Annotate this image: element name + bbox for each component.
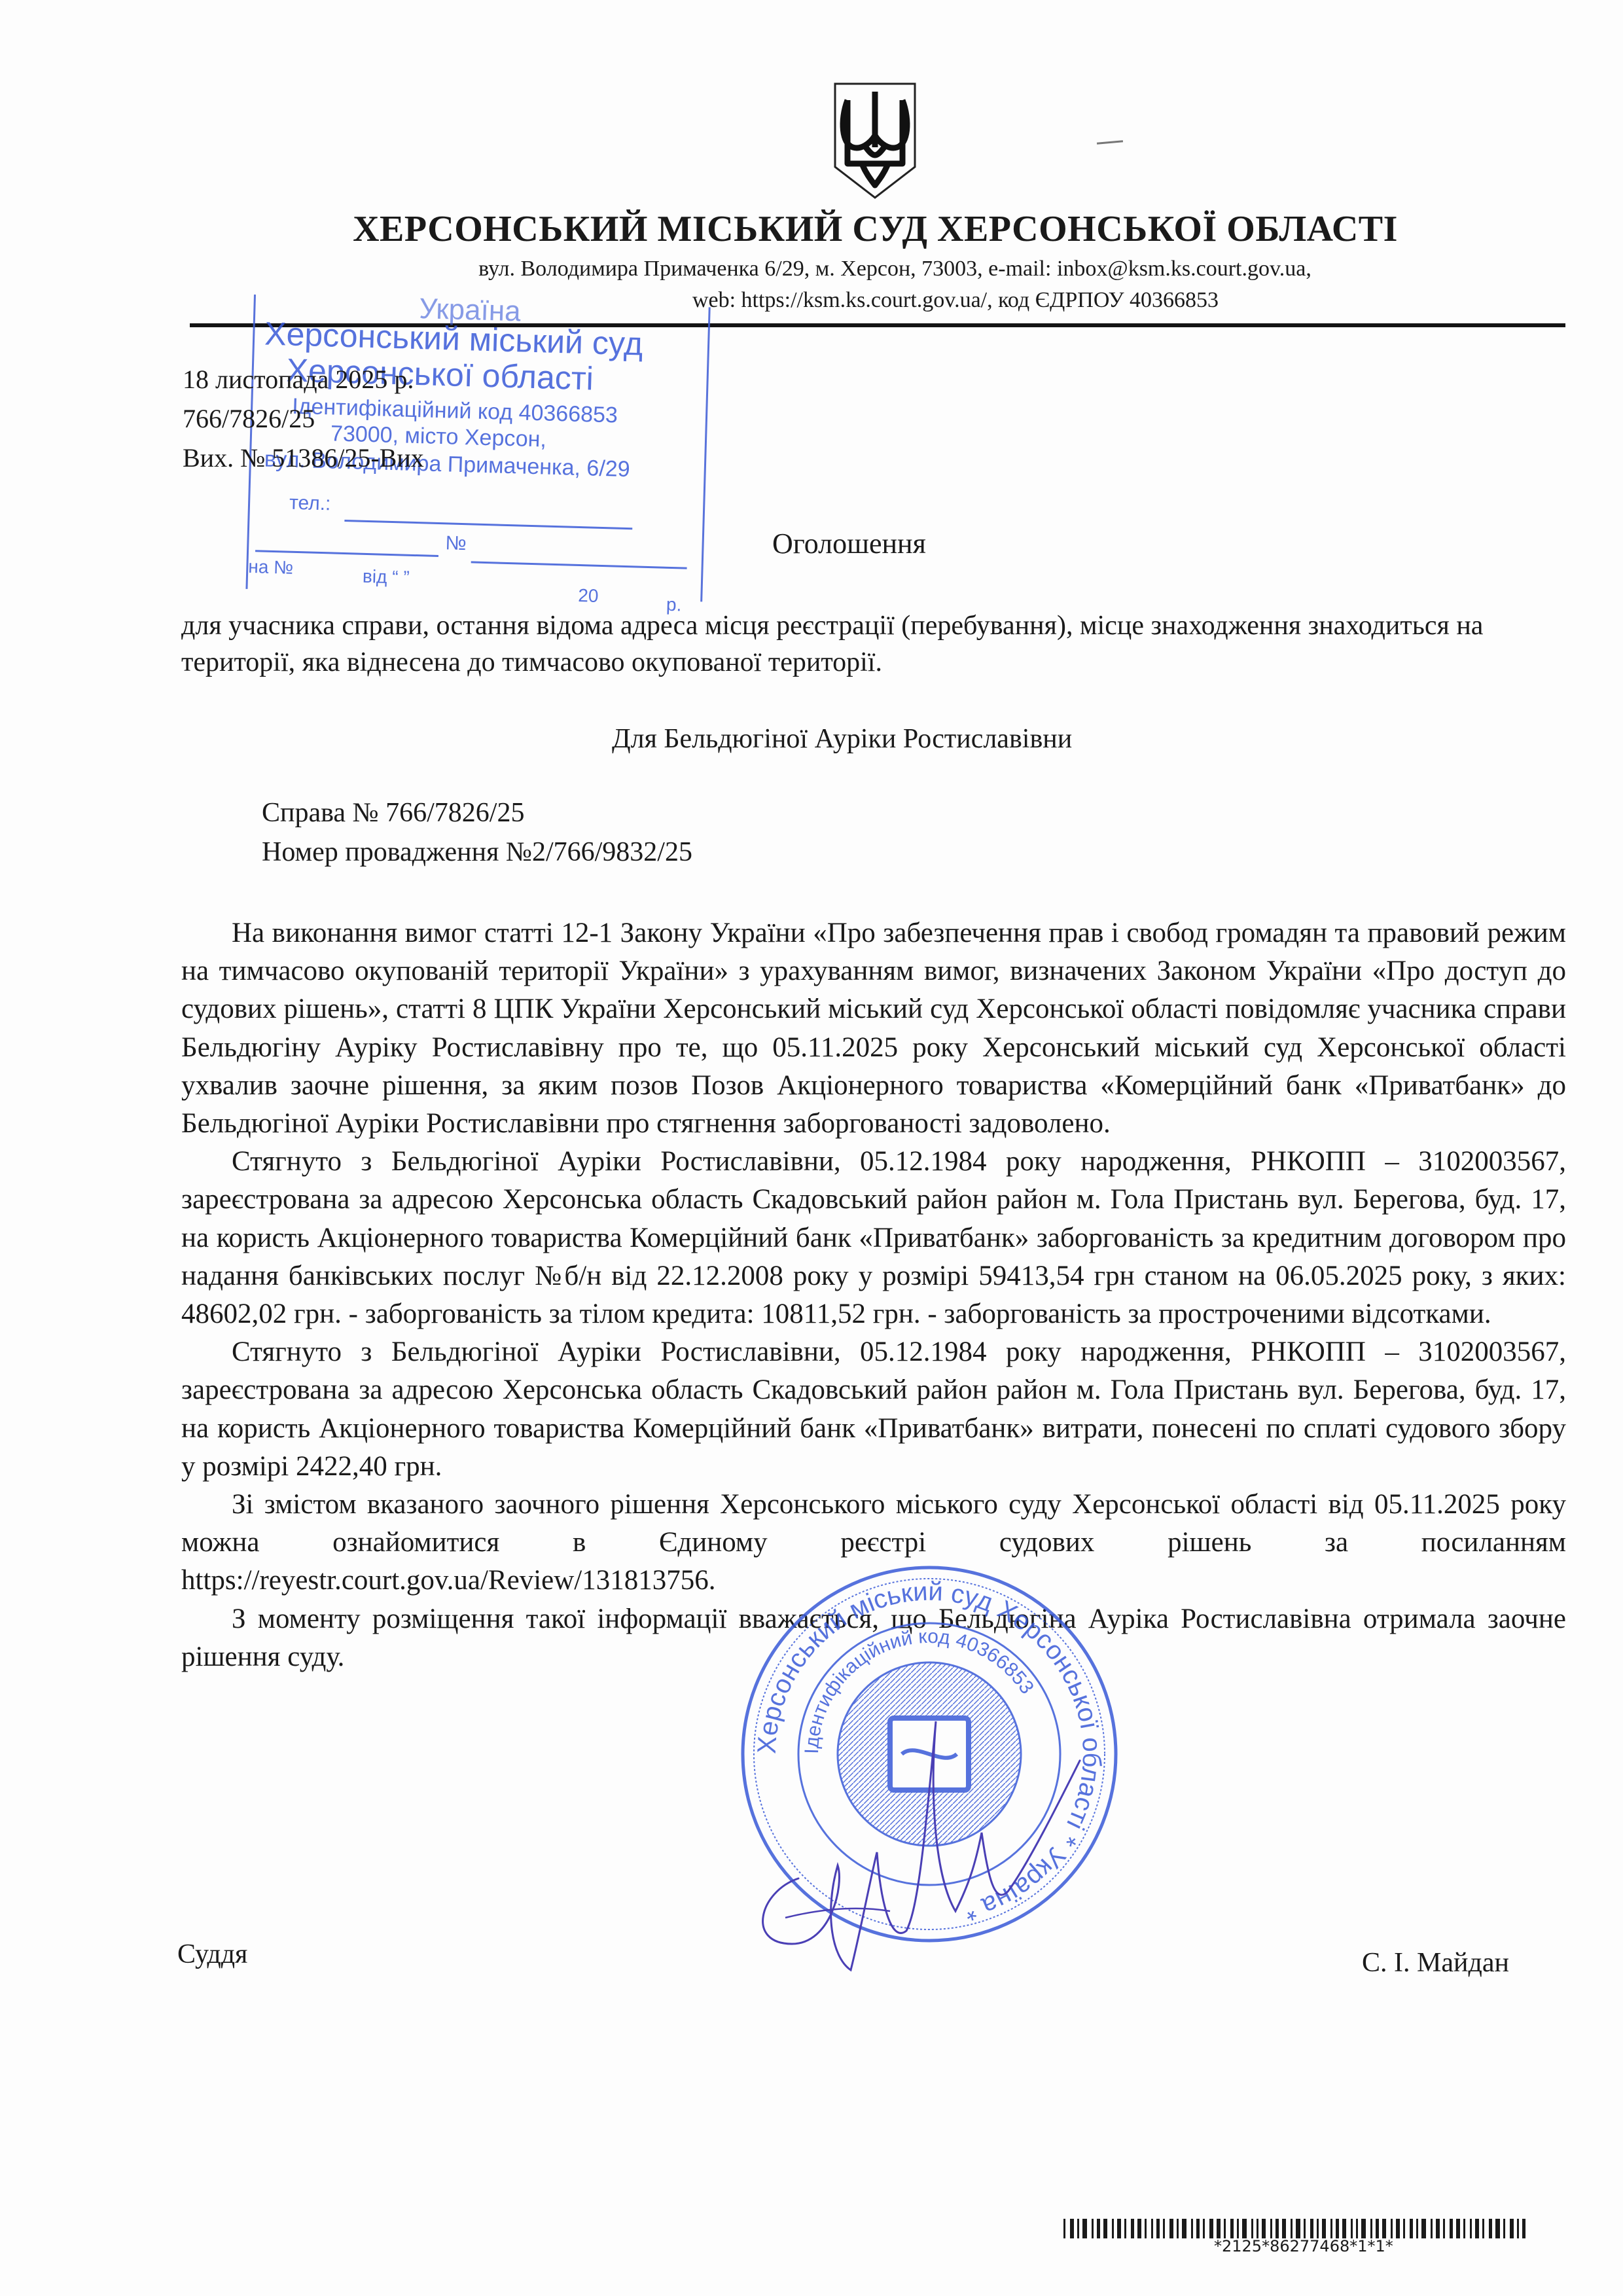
barcode-bar xyxy=(1361,2219,1366,2238)
stamp-no-line xyxy=(471,561,687,569)
barcode-bar xyxy=(1097,2219,1100,2238)
barcode-bar xyxy=(1443,2219,1445,2238)
barcode-bar xyxy=(1351,2219,1353,2238)
barcode-bar xyxy=(1209,2219,1213,2238)
court-address: вул. Володимира Примаченка 6/29, м. Херс… xyxy=(0,257,1623,281)
stamp-tel-label: тел.: xyxy=(289,492,331,516)
announcement-intro: для учасника справи, остання відома адре… xyxy=(181,607,1490,681)
barcode-bar xyxy=(1237,2219,1239,2238)
document-date: 18 листопада 2025 р. xyxy=(183,367,414,393)
stamp-reply-label: на № xyxy=(248,556,294,579)
barcode-bar xyxy=(1196,2219,1200,2238)
barcode-bar xyxy=(1163,2219,1165,2238)
stamp-no-label: № xyxy=(445,532,467,555)
barcode-bar xyxy=(1145,2219,1147,2238)
judge-signature xyxy=(720,1604,1086,1983)
barcode-bar xyxy=(1456,2219,1460,2238)
barcode-bar xyxy=(1304,2219,1306,2238)
barcode-bar xyxy=(1282,2219,1286,2238)
barcode-bar xyxy=(1510,2219,1514,2238)
barcode-bar xyxy=(1137,2219,1141,2238)
barcode-bar xyxy=(1082,2219,1087,2238)
barcode-bar xyxy=(1475,2219,1479,2238)
paragraph-court-fee: Стягнуто з Бельдюгіної Ауріки Ростиславі… xyxy=(181,1333,1566,1486)
trident-emblem-icon xyxy=(833,82,917,200)
barcode-bar xyxy=(1482,2219,1484,2238)
barcode-bar xyxy=(1257,2219,1258,2238)
barcode-bar xyxy=(1503,2219,1505,2238)
stamp-tel-line xyxy=(344,520,632,529)
barcode-bar xyxy=(1275,2219,1279,2238)
paragraph-debt-recovery: Стягнуто з Бельдюгіної Ауріки Ростиславі… xyxy=(181,1143,1566,1333)
paragraph-notice: На виконання вимог статті 12-1 Закону Ук… xyxy=(181,914,1566,1143)
barcode-bar xyxy=(1224,2219,1226,2238)
barcode-bar xyxy=(1376,2219,1379,2238)
barcode-bar xyxy=(1092,2219,1094,2238)
barcode-bar xyxy=(1131,2219,1134,2238)
barcode-bar xyxy=(1103,2219,1107,2238)
barcode-bar xyxy=(1370,2219,1372,2238)
barcode-bar xyxy=(1489,2219,1492,2238)
barcode-bar xyxy=(1495,2219,1500,2238)
addressee: Для Бельдюгіної Ауріки Ростиславівни xyxy=(612,723,1072,755)
court-title: ХЕРСОНСЬКИЙ МІСЬКИЙ СУД ХЕРСОНСЬКОЇ ОБЛА… xyxy=(0,208,1623,250)
barcode-bar xyxy=(1151,2219,1153,2238)
proceeding-number: Номер провадження №2/766/9832/25 xyxy=(262,836,692,868)
barcode-bar xyxy=(1156,2219,1160,2238)
stamp-year-label: 20 xyxy=(578,585,599,607)
barcode-bar xyxy=(1230,2219,1234,2238)
barcode-bar xyxy=(1070,2219,1074,2238)
barcode-bar xyxy=(1522,2219,1525,2238)
barcode-bar xyxy=(1396,2219,1400,2238)
court-web-and-code: web: https://ksm.ks.court.gov.ua/, код Є… xyxy=(0,288,1623,313)
barcode-bar xyxy=(1382,2219,1386,2238)
barcode-bar xyxy=(1317,2219,1319,2238)
judge-role-label: Суддя xyxy=(177,1939,247,1970)
barcode-bar xyxy=(1416,2219,1418,2238)
outgoing-number: Вих. № 51386/25-Вих xyxy=(183,445,424,471)
barcode-bar xyxy=(1517,2219,1519,2238)
barcode-bar xyxy=(1177,2219,1179,2238)
barcode-bar xyxy=(1169,2219,1173,2238)
barcode-bar xyxy=(1077,2219,1079,2238)
barcode-bar xyxy=(1117,2219,1121,2238)
barcode-text: *2125*86277468*1*1* xyxy=(1214,2237,1393,2255)
barcode-bar xyxy=(1463,2219,1465,2238)
barcode-bar xyxy=(1251,2219,1253,2238)
barcode-bar xyxy=(1112,2219,1114,2238)
barcode-bar xyxy=(1410,2219,1413,2238)
barcode-bar xyxy=(1431,2219,1433,2238)
stamp-reg-line xyxy=(255,550,438,557)
barcode-bar xyxy=(1262,2219,1266,2238)
barcode-bar xyxy=(1203,2219,1205,2238)
case-reference: 766/7826/25 xyxy=(183,406,315,432)
barcode-bar xyxy=(1391,2219,1393,2238)
barcode-bar xyxy=(1470,2219,1472,2238)
judge-name: С. І. Майдан xyxy=(1362,1947,1509,1979)
barcode-bar xyxy=(1217,2219,1221,2238)
barcode-bar xyxy=(1296,2219,1300,2238)
barcode-bar xyxy=(1322,2219,1326,2238)
barcode-bar xyxy=(1336,2219,1339,2238)
barcode-bar xyxy=(1182,2219,1186,2238)
barcode-bar xyxy=(1356,2219,1358,2238)
announcement-heading: Оголошення xyxy=(772,527,926,560)
document-barcode xyxy=(1063,2219,1567,2238)
barcode-bar xyxy=(1124,2219,1126,2238)
stamp-from-label: від “ ” xyxy=(363,566,410,588)
barcode-bar xyxy=(1421,2219,1426,2238)
barcode-bar xyxy=(1191,2219,1193,2238)
barcode-bar xyxy=(1242,2219,1247,2238)
barcode-bar xyxy=(1270,2219,1272,2238)
barcode-bar xyxy=(1450,2219,1453,2238)
barcode-bar xyxy=(1330,2219,1332,2238)
barcode-bar xyxy=(1063,2219,1065,2238)
scan-speck xyxy=(1097,140,1123,144)
barcode-bar xyxy=(1436,2219,1440,2238)
barcode-bar xyxy=(1310,2219,1313,2238)
barcode-bar xyxy=(1342,2219,1346,2238)
barcode-bar xyxy=(1291,2219,1293,2238)
barcode-bar xyxy=(1403,2219,1405,2238)
case-number: Справа № 766/7826/25 xyxy=(262,797,524,829)
